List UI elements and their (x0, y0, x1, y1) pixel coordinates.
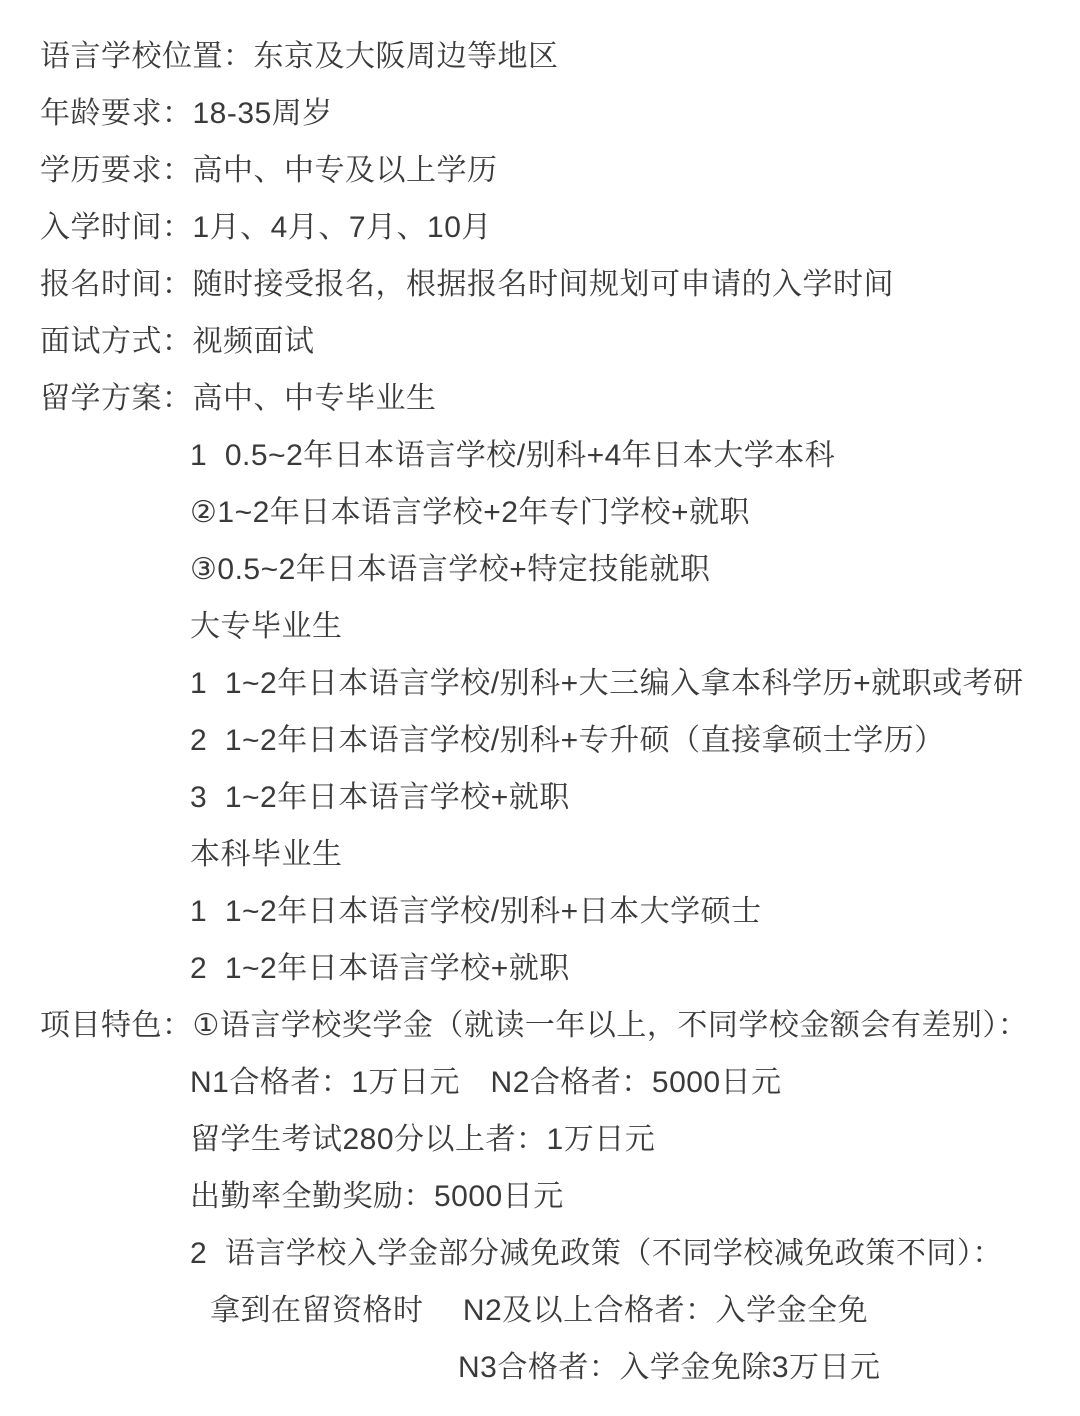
feature-scholarship-n1-n2: N1合格者：1万日元 N2合格者：5000日元 (0, 1054, 1080, 1111)
enrollment-time-label: 入学时间： (40, 211, 193, 244)
school-location-value: 东京及大阪周边等地区 (254, 40, 559, 73)
interview-method-value: 视频面试 (193, 325, 315, 358)
program-features-label: 项目特色： (40, 1009, 193, 1042)
line-enrollment-time: 入学时间：1月、4月、7月、10月 (0, 199, 1080, 256)
plan-juniorcollege-option-3: 3 1~2年日本语言学校+就职 (0, 769, 1080, 826)
plan-highschool-option-3: ③0.5~2年日本语言学校+特定技能就职 (0, 541, 1080, 598)
plan-juniorcollege-option-1: 1 1~2年日本语言学校/别科+大三编入拿本科学历+就职或考研 (0, 655, 1080, 712)
feature-scholarship-eju: 留学生考试280分以上者：1万日元 (0, 1111, 1080, 1168)
plan-juniorcollege-header: 大专毕业生 (0, 598, 1080, 655)
study-plan-group-highschool-header: 高中、中专毕业生 (193, 382, 437, 415)
line-application-time: 报名时间：随时接受报名，根据报名时间规划可申请的入学时间 (0, 256, 1080, 313)
line-education-requirement: 学历要求：高中、中专及以上学历 (0, 142, 1080, 199)
plan-bachelor-header: 本科毕业生 (0, 826, 1080, 883)
interview-method-label: 面试方式： (40, 325, 193, 358)
study-plan-label: 留学方案： (40, 382, 193, 415)
line-interview-method: 面试方式：视频面试 (0, 313, 1080, 370)
feature-admission-fee-n3: N3合格者：入学金免除3万日元 (0, 1339, 1080, 1396)
line-program-features-header: 项目特色：①语言学校奖学金（就读一年以上，不同学校金额会有差别）： (0, 997, 1080, 1054)
plan-bachelor-option-2: 2 1~2年日本语言学校+就职 (0, 940, 1080, 997)
enrollment-time-value: 1月、4月、7月、10月 (193, 211, 492, 244)
plan-juniorcollege-option-2: 2 1~2年日本语言学校/别科+专升硕（直接拿硕士学历） (0, 712, 1080, 769)
feature-admission-fee-policy: 2 语言学校入学金部分减免政策（不同学校减免政策不同）： (0, 1225, 1080, 1282)
age-requirement-value: 18-35周岁 (193, 97, 333, 130)
education-requirement-value: 高中、中专及以上学历 (193, 154, 498, 187)
feature-scholarship-attendance: 出勤率全勤奖励：5000日元 (0, 1168, 1080, 1225)
school-location-label: 语言学校位置： (40, 40, 254, 73)
study-abroad-document: 语言学校位置：东京及大阪周边等地区 年龄要求：18-35周岁 学历要求：高中、中… (0, 28, 1080, 1396)
education-requirement-label: 学历要求： (40, 154, 193, 187)
application-time-label: 报名时间： (40, 268, 193, 301)
age-requirement-label: 年龄要求： (40, 97, 193, 130)
application-time-value: 随时接受报名，根据报名时间规划可申请的入学时间 (193, 268, 895, 301)
line-study-plan-header: 留学方案：高中、中专毕业生 (0, 370, 1080, 427)
plan-highschool-option-1: 1 0.5~2年日本语言学校/别科+4年日本大学本科 (0, 427, 1080, 484)
line-school-location: 语言学校位置：东京及大阪周边等地区 (0, 28, 1080, 85)
line-age-requirement: 年龄要求：18-35周岁 (0, 85, 1080, 142)
feature-admission-fee-n2: 拿到在留资格时 N2及以上合格者：入学金全免 (0, 1282, 1080, 1339)
plan-highschool-option-2: ②1~2年日本语言学校+2年专门学校+就职 (0, 484, 1080, 541)
plan-bachelor-option-1: 1 1~2年日本语言学校/别科+日本大学硕士 (0, 883, 1080, 940)
feature-scholarship-title: ①语言学校奖学金（就读一年以上，不同学校金额会有差别）： (193, 1009, 1029, 1042)
